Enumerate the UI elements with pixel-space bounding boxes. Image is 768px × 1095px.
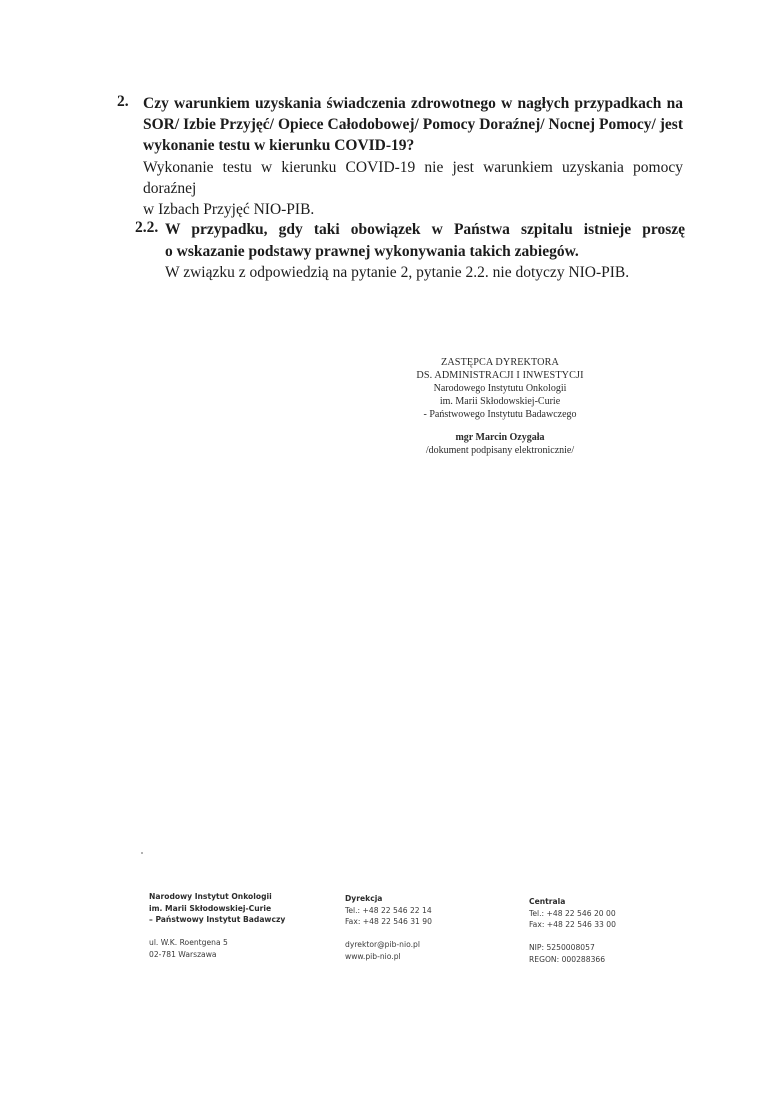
address-line: 02-781 Warszawa [149,949,285,961]
directorate-website[interactable]: www.pib-nio.pl [345,951,432,963]
answer-line: Wykonanie testu w kierunku COVID-19 nie … [143,157,683,199]
central-tel: Tel.: +48 22 546 20 00 [529,908,616,920]
question-text: Czy warunkiem uzyskania świadczenia zdro… [143,93,683,157]
directorate-tel: Tel.: +48 22 546 22 14 [345,905,432,917]
subquestion-answer: W związku z odpowiedzią na pytanie 2, py… [165,262,685,284]
question-line: wykonanie testu w kierunku COVID-19? [143,135,683,156]
directorate-email[interactable]: dyrektor@pib-nio.pl [345,939,432,951]
signature-org-line: im. Marii Skłodowskiej-Curie [400,395,600,408]
directorate-heading: Dyrekcja [345,893,432,905]
signatory-name: mgr Marcin Ozygała [400,431,600,444]
footer-central: Centrala Tel.: +48 22 546 20 00 Fax: +48… [529,896,616,965]
subquestion-text: W przypadku, gdy taki obowiązek w Państw… [165,219,685,262]
scan-speck [141,852,143,854]
directorate-fax: Fax: +48 22 546 31 90 [345,916,432,928]
central-fax: Fax: +48 22 546 33 00 [529,919,616,931]
subquestion-line: W przypadku, gdy taki obowiązek w Państw… [165,219,685,241]
answer-line: w Izbach Przyjęć NIO-PIB. [143,199,683,220]
question-number: 2. [117,93,129,111]
signature-block: ZASTĘPCA DYREKTORA DS. ADMINISTRACJI I I… [400,356,600,457]
answer-text: Wykonanie testu w kierunku COVID-19 nie … [143,157,683,221]
signature-note: /dokument podpisany elektronicznie/ [400,444,600,457]
institute-name-line: Narodowy Instytut Onkologii [149,891,285,903]
question-line: SOR/ Izbie Przyjęć/ Opiece Całodobowej/ … [143,114,683,135]
signature-org-line: Narodowego Instytutu Onkologii [400,382,600,395]
question-block: Czy warunkiem uzyskania świadczenia zdro… [143,93,683,220]
central-nip: NIP: 5250008057 [529,942,616,954]
subquestion-number: 2.2. [135,219,158,237]
address-line: ul. W.K. Roentgena 5 [149,937,285,949]
institute-name-line: – Państwowy Instytut Badawczy [149,914,285,926]
subquestion-line: o wskazanie podstawy prawnej wykonywania… [165,241,685,263]
subquestion-block: W przypadku, gdy taki obowiązek w Państw… [165,219,685,284]
signature-org-line: - Państwowego Instytutu Badawczego [400,408,600,421]
central-regon: REGON: 000288366 [529,954,616,966]
footer-directorate: Dyrekcja Tel.: +48 22 546 22 14 Fax: +48… [345,893,432,962]
footer-institute: Narodowy Instytut Onkologii im. Marii Sk… [149,891,285,960]
signature-title-line: ZASTĘPCA DYREKTORA [400,356,600,369]
central-heading: Centrala [529,896,616,908]
institute-name-line: im. Marii Skłodowskiej-Curie [149,903,285,915]
question-line: Czy warunkiem uzyskania świadczenia zdro… [143,93,683,114]
signature-title-line: DS. ADMINISTRACJI I INWESTYCJI [400,369,600,382]
